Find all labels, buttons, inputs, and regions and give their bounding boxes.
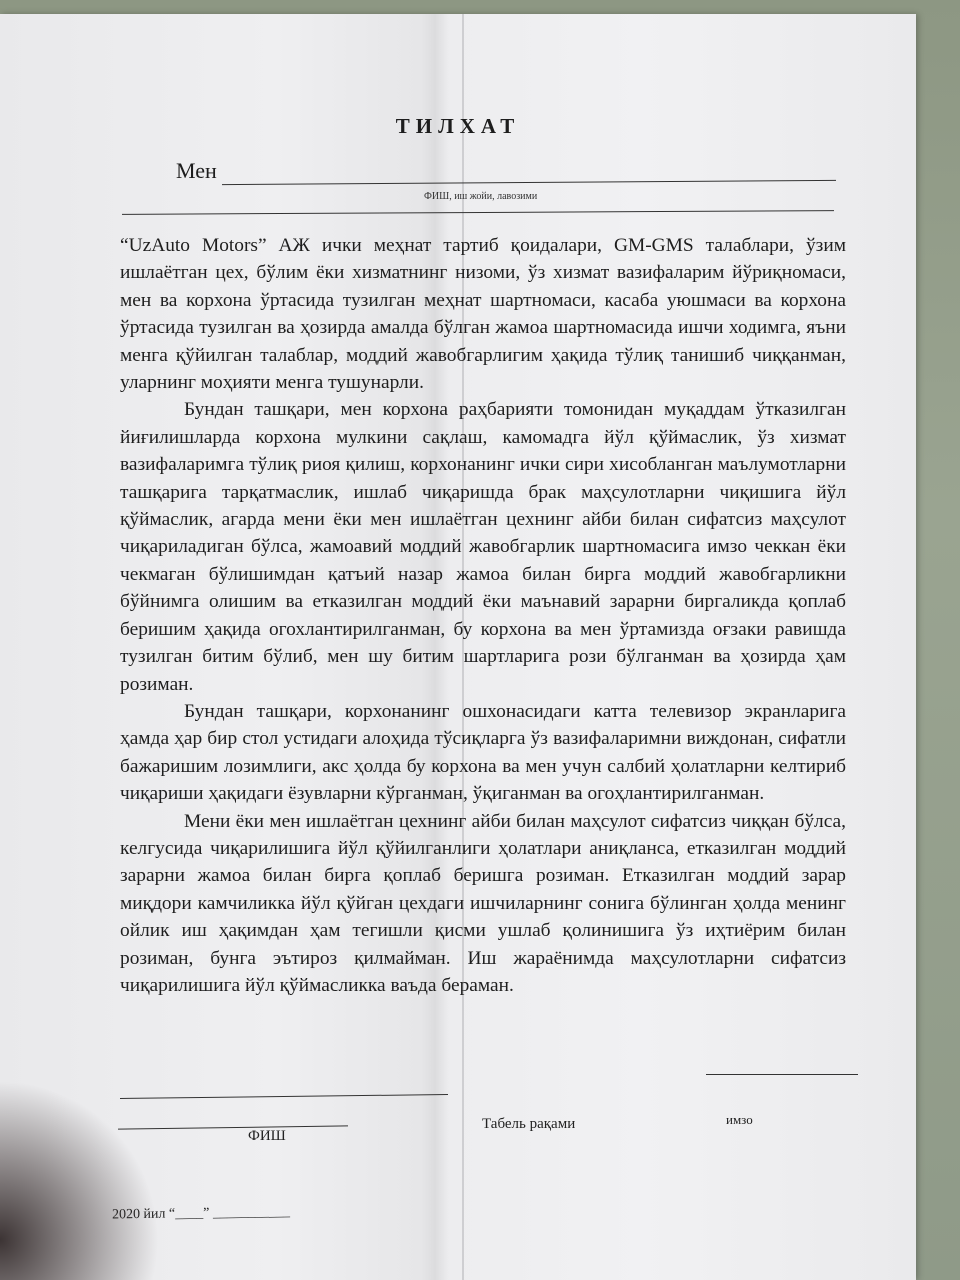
signature-line-2 <box>706 1074 858 1075</box>
intro-label: Мен <box>176 158 217 184</box>
name-label: ФИШ <box>248 1128 286 1145</box>
paragraph-1: “UzAuto Motors” АЖ ички меҳнат тартиб қо… <box>120 232 846 396</box>
document-body: “UzAuto Motors” АЖ ички меҳнат тартиб қо… <box>120 232 846 999</box>
intro-caption: ФИШ, иш жойи, лавозими <box>424 191 537 202</box>
tab-number-label: Табель рақами <box>482 1116 575 1133</box>
document-title: ТИЛХАТ <box>0 114 916 139</box>
paragraph-4: Мени ёки мен ишлаётган цехнинг айби била… <box>120 808 846 1000</box>
signature-label: имзо <box>726 1112 753 1128</box>
paragraph-3: Бундан ташқари, корхонанинг ошхонасидаги… <box>120 698 846 808</box>
paragraph-2: Бундан ташқари, мен корхона раҳбарияти т… <box>120 396 846 697</box>
hand-shadow <box>0 1080 160 1280</box>
